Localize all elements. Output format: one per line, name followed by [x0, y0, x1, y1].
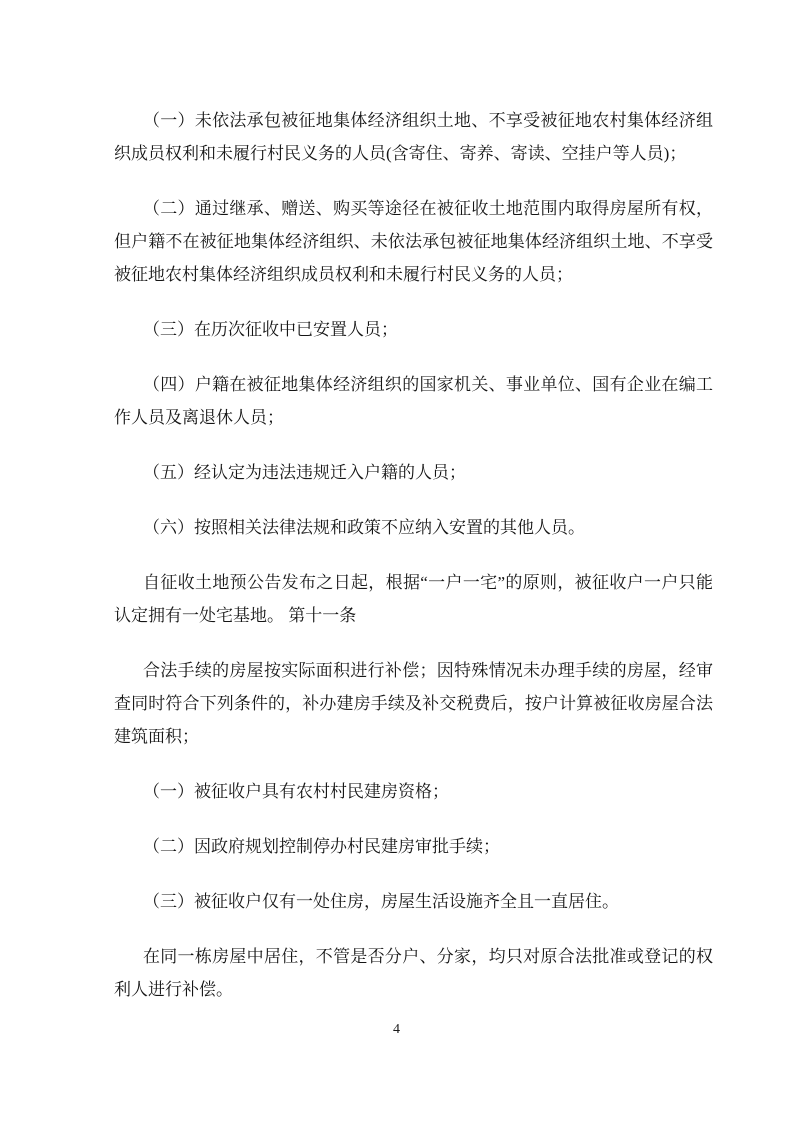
paragraph-same-house-rule: 在同一栋房屋中居住，不管是否分户、分家，均只对原合法批准或登记的权利人进行补偿。 [114, 940, 713, 1006]
paragraph-one-household-rule: 自征收土地预公告发布之日起，根据“一户一宅”的原则，被征收户一户只能认定拥有一处… [114, 566, 713, 632]
paragraph-item-3: （三）在历次征收中已安置人员； [114, 313, 713, 346]
paragraph-article-11-intro: 合法手续的房屋按实际面积进行补偿；因特殊情况未办理手续的房屋，经审查同时符合下列… [114, 654, 713, 753]
paragraph-item-2: （二）通过继承、赠送、购买等途径在被征收土地范围内取得房屋所有权，但户籍不在被征… [114, 192, 713, 291]
paragraph-item-1: （一）未依法承包被征地集体经济组织土地、不享受被征地农村集体经济组织成员权利和未… [114, 104, 713, 170]
document-body: （一）未依法承包被征地集体经济组织土地、不享受被征地农村集体经济组织成员权利和未… [114, 104, 713, 1028]
paragraph-item-4: （四）户籍在被征地集体经济组织的国家机关、事业单位、国有企业在编工作人员及离退休… [114, 368, 713, 434]
paragraph-condition-1: （一）被征收户具有农村村民建房资格； [114, 775, 713, 808]
paragraph-item-6: （六）按照相关法律法规和政策不应纳入安置的其他人员。 [114, 511, 713, 544]
document-page: （一）未依法承包被征地集体经济组织土地、不享受被征地农村集体经济组织成员权利和未… [0, 0, 793, 1122]
page-number: 4 [0, 1022, 793, 1038]
paragraph-condition-3: （三）被征收户仅有一处住房，房屋生活设施齐全且一直居住。 [114, 885, 713, 918]
paragraph-condition-2: （二）因政府规划控制停办村民建房审批手续； [114, 830, 713, 863]
paragraph-item-5: （五）经认定为违法违规迁入户籍的人员； [114, 456, 713, 489]
